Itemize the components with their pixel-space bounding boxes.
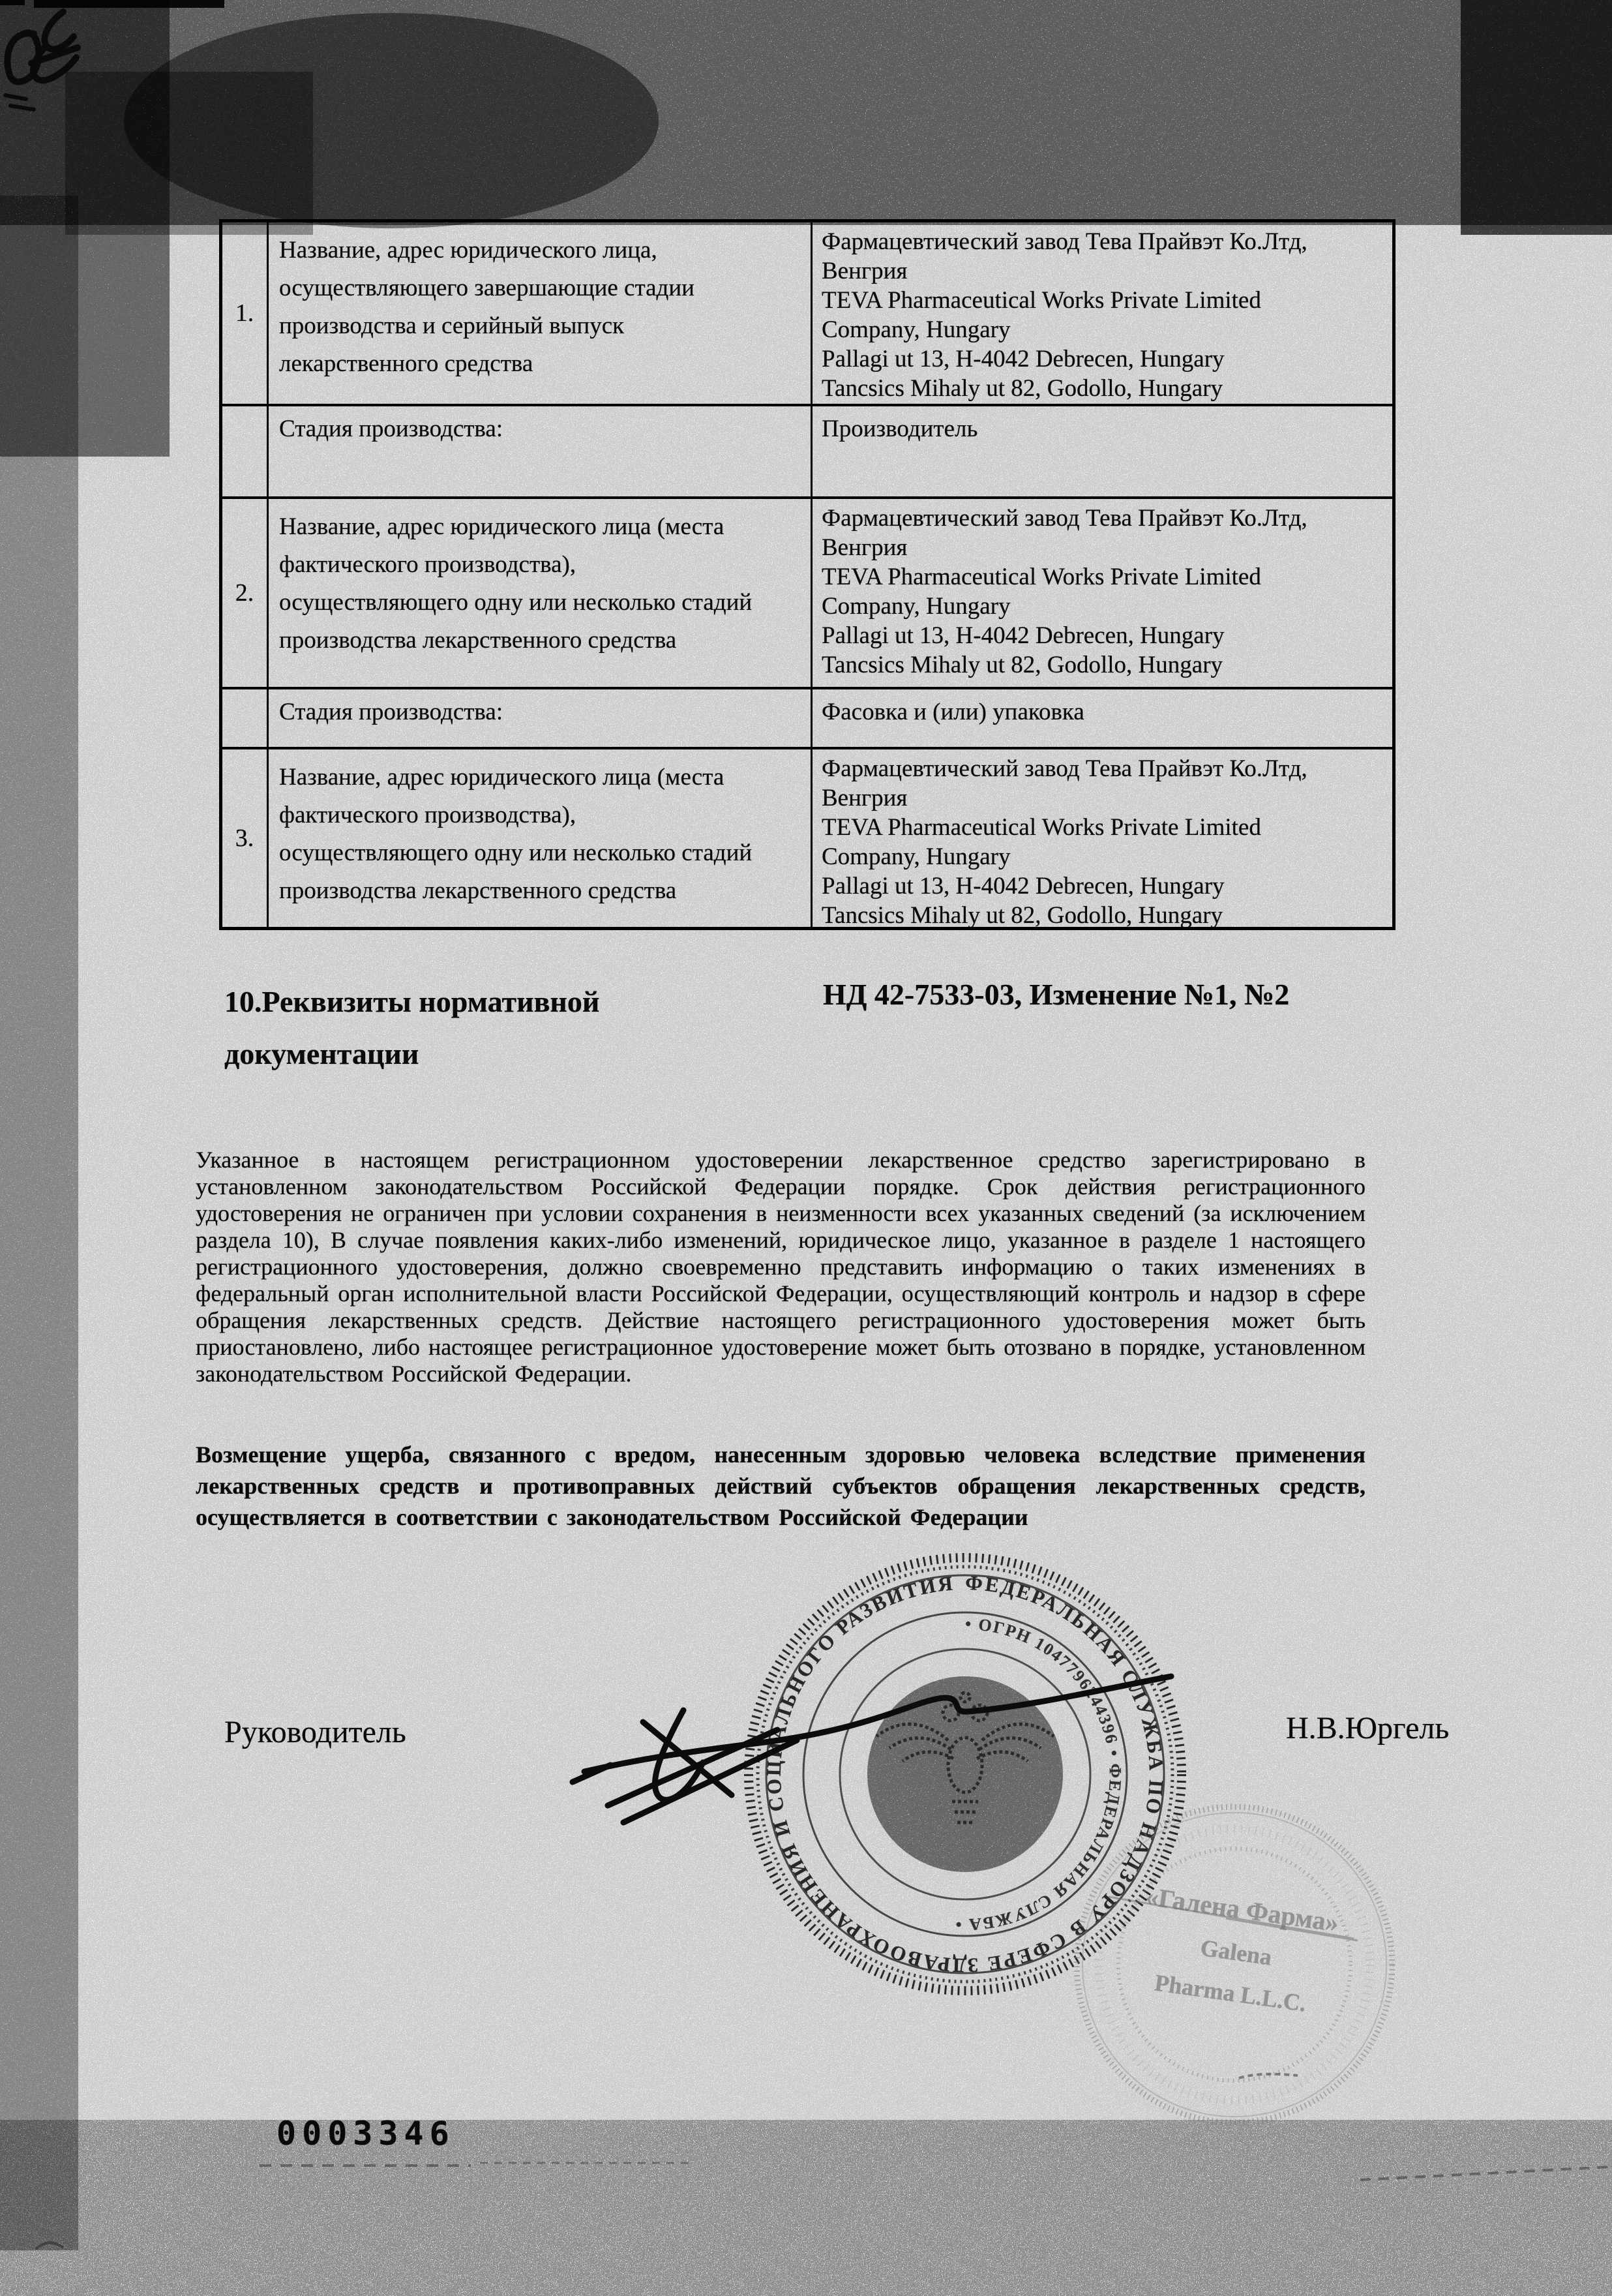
- table-cell-label: Стадия производства:: [267, 404, 811, 496]
- section10-heading: 10.Реквизиты нормативной документации: [224, 976, 629, 1080]
- handwritten-mark: [5, 12, 78, 110]
- double-headed-eagle-emblem: [876, 1693, 1054, 1822]
- table-row-number: [222, 404, 267, 496]
- table-cell-label: Название, адрес юридического лица (места…: [267, 747, 811, 927]
- table-row-number: [222, 687, 267, 747]
- company-stamp-line2: Galena: [1199, 1935, 1274, 1971]
- table-cell-value: Фармацевтический завод Тева Прайвэт Ко.Л…: [811, 747, 1392, 927]
- table-cell-value: Фасовка и (или) упаковка: [811, 687, 1392, 747]
- table-cell-label: Стадия производства:: [267, 687, 811, 747]
- stamp-inner-ring-text: • ОГРН 1047796244396 • ФЕДЕРАЛЬНАЯ СЛУЖБ…: [954, 1614, 1125, 1934]
- scan-edge-streak: [0, 0, 224, 8]
- bottom-dashed-artifacts: [36, 2074, 1611, 2249]
- table-cell-value: Производитель: [811, 404, 1392, 496]
- signatory-role: Руководитель: [224, 1714, 406, 1750]
- signatory-name: Н.В.Юргель: [1286, 1710, 1449, 1746]
- registration-terms-paragraph: Указанное в настоящем регистрационном уд…: [196, 1147, 1366, 1387]
- table-cell-label: Название, адрес юридического лица, осуще…: [267, 222, 811, 404]
- section10-value: НД 42-7533-03, Изменение №1, №2: [823, 977, 1475, 1012]
- table-cell-value: Фармацевтический завод Тева Прайвэт Ко.Л…: [811, 222, 1392, 404]
- signature-scrawl: [573, 1676, 1171, 1822]
- table-row-number: 1.: [222, 222, 267, 404]
- scanned-certificate-page: 1. Название, адрес юридического лица, ос…: [0, 0, 1612, 2296]
- company-stamp: «Галена Фарма» Galena Pharma L.L.C.: [1077, 1807, 1392, 2122]
- liability-paragraph: Возмещение ущерба, связанного с вредом, …: [196, 1439, 1366, 1533]
- company-stamp-line3: Pharma L.L.C.: [1153, 1969, 1307, 2016]
- table-cell-value: Фармацевтический завод Тева Прайвэт Ко.Л…: [811, 496, 1392, 687]
- table-row-number: 3.: [222, 747, 267, 927]
- company-stamp-line1: «Галена Фарма»: [1144, 1881, 1341, 1937]
- production-table: 1. Название, адрес юридического лица, ос…: [219, 219, 1396, 930]
- form-serial-number: 0003346: [276, 2115, 455, 2152]
- table-row-number: 2.: [222, 496, 267, 687]
- svg-text:• ОГРН 1047796244396 • ФЕДЕРАЛ: • ОГРН 1047796244396 • ФЕДЕРАЛЬНАЯ СЛУЖБ…: [954, 1614, 1125, 1934]
- table-cell-label: Название, адрес юридического лица (места…: [267, 496, 811, 687]
